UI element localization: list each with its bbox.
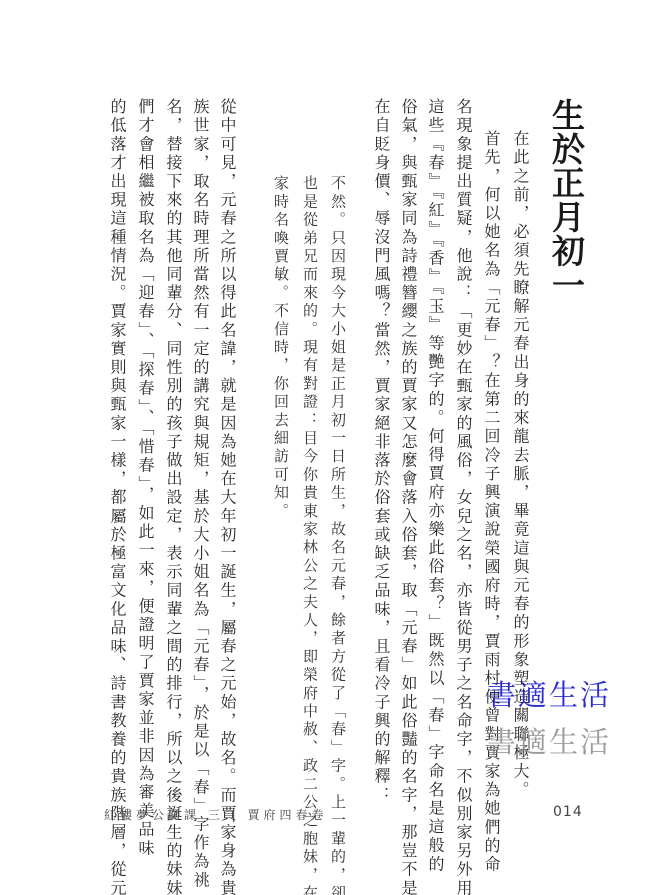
quote-column: 不然。只因現今大小姐是正月初一日所生，故名元春，餘者方從了「春」字。上一輩的，卻 — [329, 175, 347, 895]
text-column: 俗氣，與甄家同為詩禮簪纓之族的賈家又怎麼會落入俗套，取「元春」如此俗豔的名字，那… — [399, 98, 417, 895]
text-column: 族世家，取名時理所當然有一定的講究與規矩，基於大小姐名為「元春」，於是以「春」字… — [191, 98, 209, 890]
text-column: 名，替接下來的其他同輩分、同性別的孩子做出設定，表示同輩之間的排行，所以之後誕生… — [164, 98, 182, 895]
text-column: 這些『春』『紅』『香』『玉』等艷字的。何得賈府亦樂此俗套？」既然以「春」字命名是… — [426, 98, 444, 874]
watermark-blue: 書適生活 — [487, 673, 611, 714]
text-column: 們才會相繼被取名為「迎春」、「探春」、「惜春」，如此一來，便證明了賈家並非因為審… — [136, 98, 154, 858]
chapter-title: 生於正月初一 — [548, 98, 584, 302]
quote-column: 也是從弟兄而來的。現有對證：目今你貴東家林公之夫人，即榮府中赦、政二公之胞妹，在 — [301, 175, 319, 895]
quote-column: 家時名喚賈敏。不信時，你回去細訪可知。 — [272, 175, 290, 521]
running-footer-book-title: 紅樓夢公開課 三 | 賈府四春卷 — [104, 806, 328, 823]
text-column: 的低落才出現這種情況。賈家實則與甄家一樣，都屬於極富文化品味、詩書教養的貴族階層… — [108, 98, 126, 895]
text-column: 從中可見，元春之所以得此名諱，就是因為她在大年初一誕生，屬春之元始，故名。而賈家… — [218, 98, 236, 895]
text-column: 名現象提出質疑，他說：「更妙在甄家的風俗，女兒之名，亦皆從男子之名命字，不似別家… — [454, 98, 472, 895]
page-number: 014 — [553, 804, 583, 820]
text-column: 在自貶身價、辱沒門風嗎？當然，賈家絕非落於俗套或缺乏品味，且看冷子興的解釋： — [372, 98, 390, 805]
text-column: 首先，何以她名為「元春」？在第二回冷子興演說榮國府時，賈雨村便曾對賈家為她們的命 — [482, 130, 500, 874]
watermark-gray: 書適生活 — [487, 720, 611, 761]
